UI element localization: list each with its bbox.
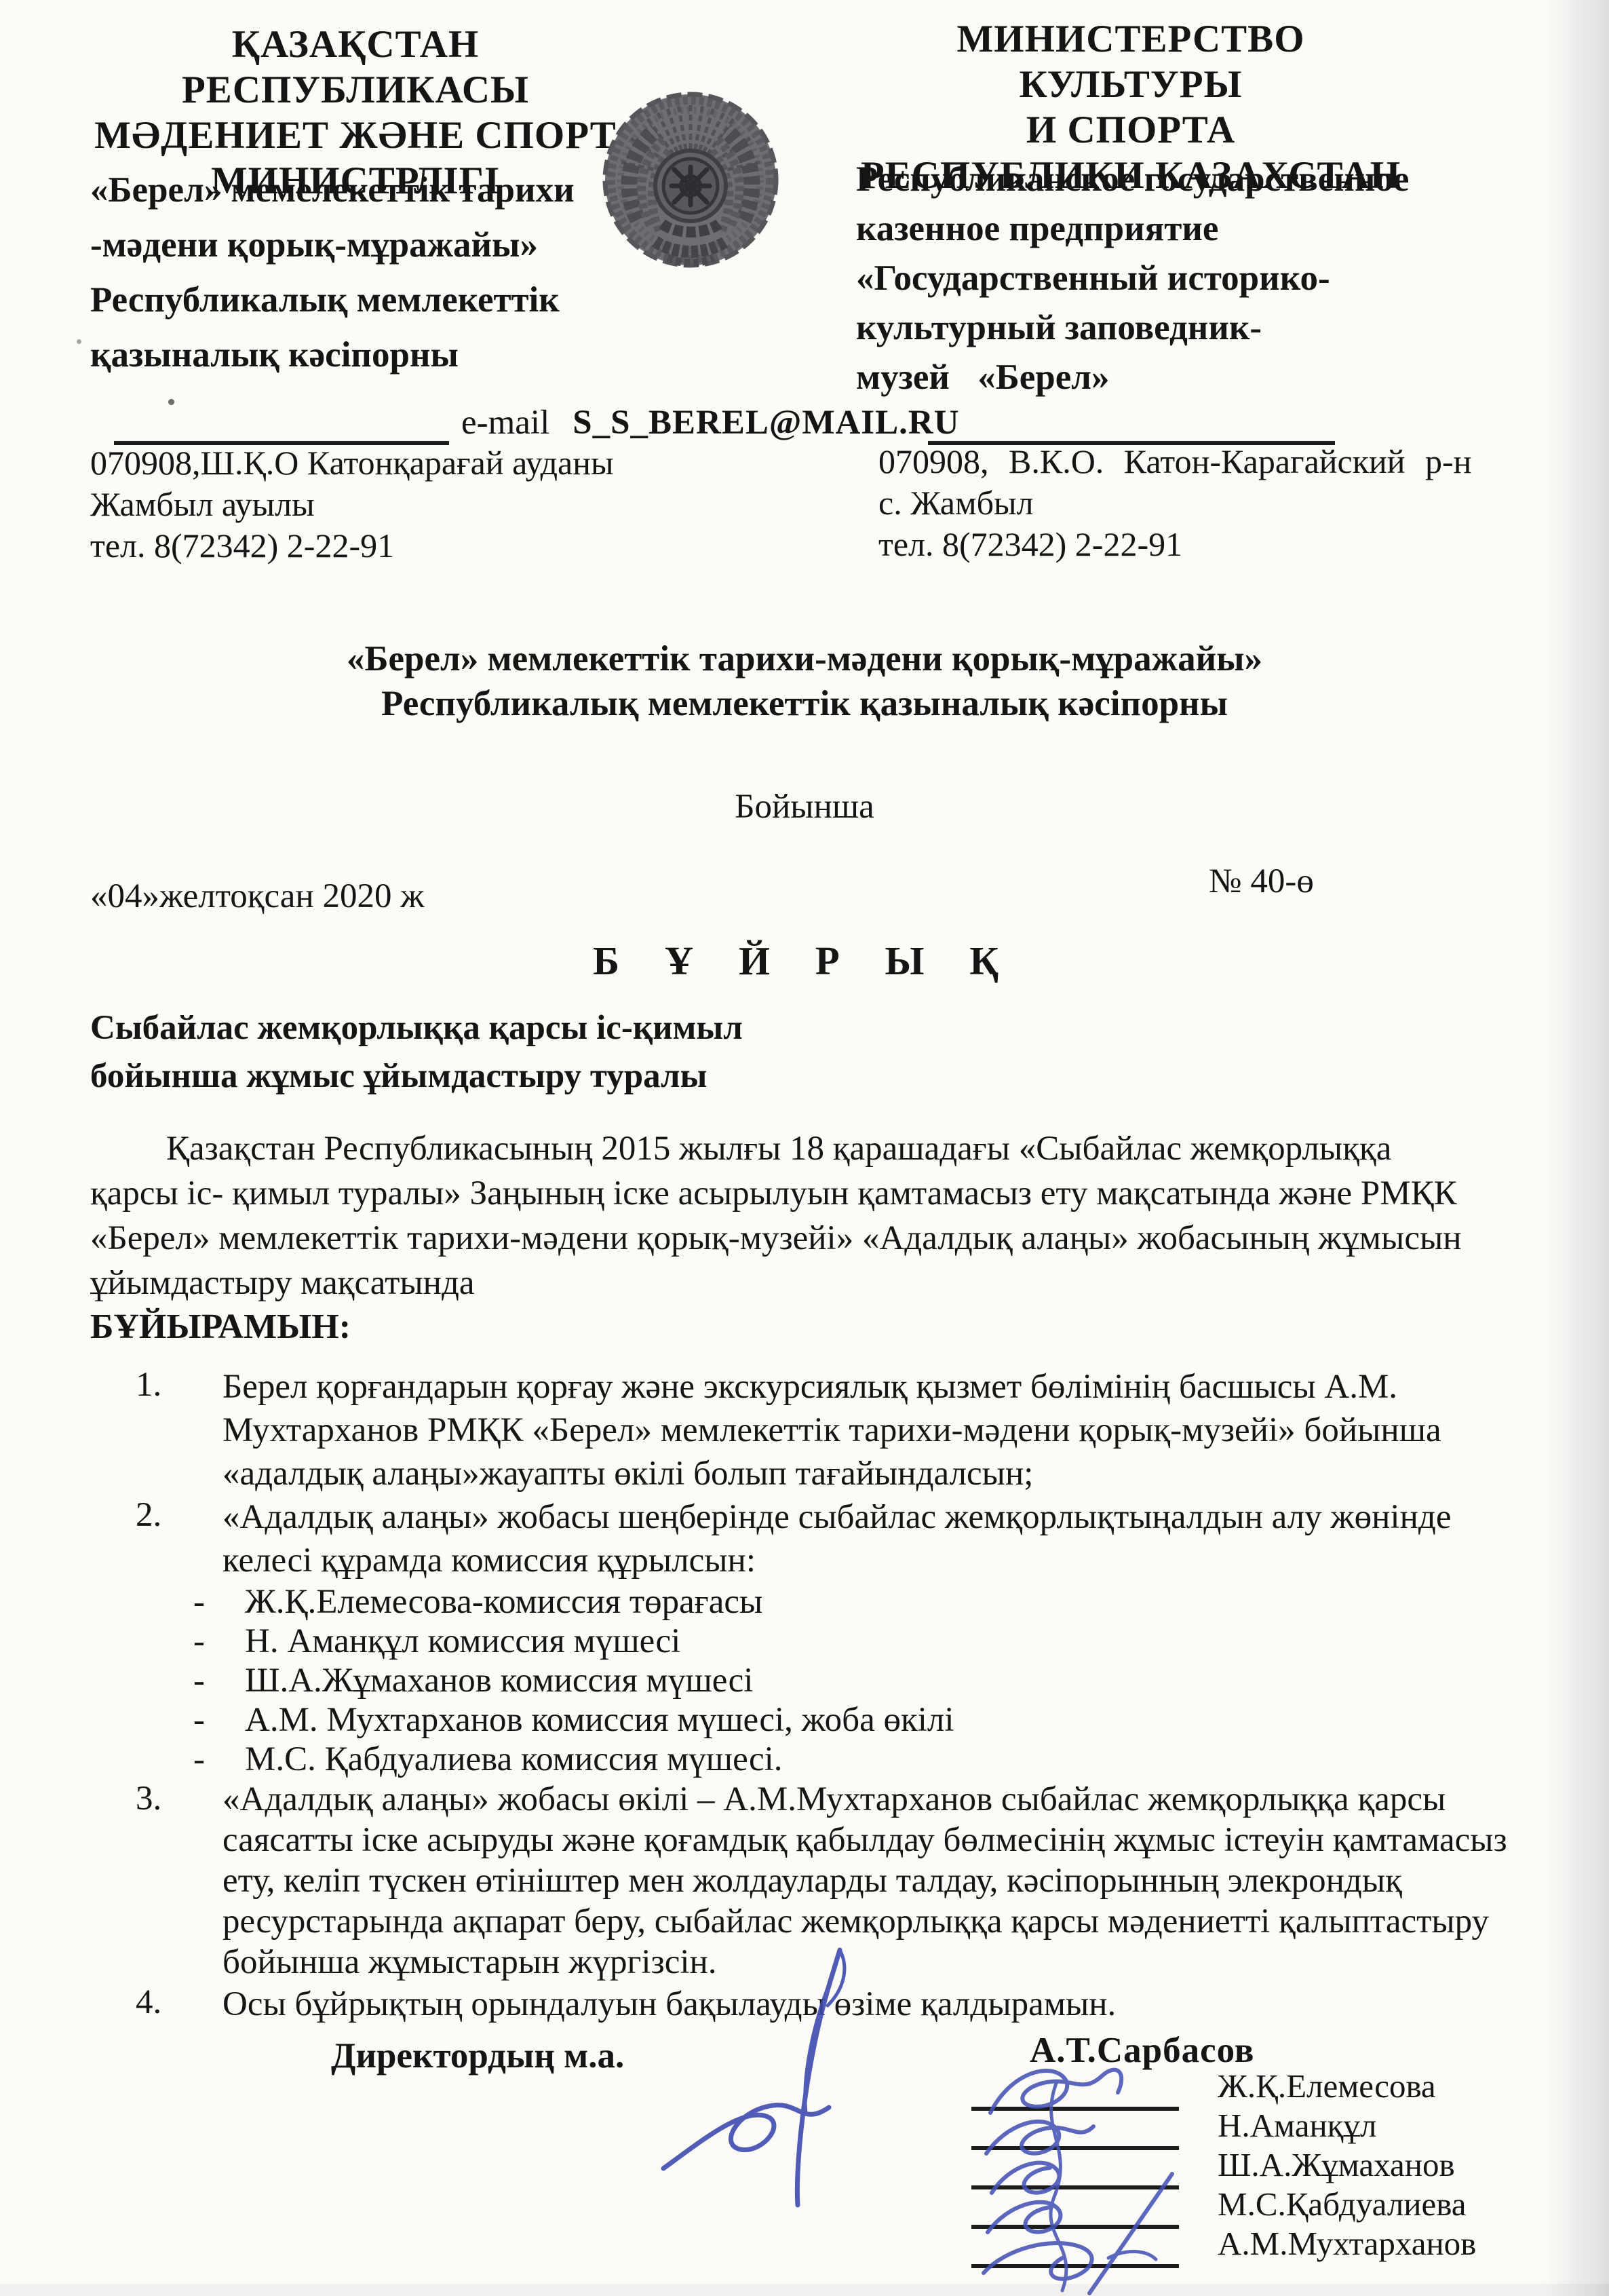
doc-word: Бойынша — [0, 787, 1609, 826]
org-name-line: қазыналық кәсіпорны — [90, 328, 633, 383]
resolve-word: БҰЙЫРАМЫН: — [90, 1307, 351, 1347]
document-org-title-line: «Берел» мемлекеттік тарихи-мәдени қорық-… — [0, 636, 1609, 681]
item-line: келесі құрамда комиссия құрылсын: — [222, 1539, 1540, 1582]
document-date: «04»желтоқсан 2020 ж — [90, 877, 424, 916]
subitem-dash: - — [193, 1622, 245, 1661]
item-line: Мухтарханов РМҚК «Берел» мемлекеттік тар… — [222, 1409, 1540, 1452]
address-line: тел. 8(72342) 2-22-91 — [878, 524, 1471, 565]
item-line: ресурстарында ақпарат беру, сыбайлас жем… — [222, 1901, 1540, 1942]
scan-edge-shading — [1545, 0, 1609, 2296]
scan-speck — [77, 339, 81, 344]
scan-bottom-shading — [0, 2284, 1609, 2296]
item-content: Берел қорғандарын қорғау және экскурсиял… — [222, 1365, 1540, 1495]
address-line: с. Жамбыл — [878, 482, 1471, 524]
item-line: саясатты іске асыруды және қоғамдық қабы… — [222, 1820, 1540, 1860]
order-subject-line: бойынша жұмыс ұйымдастыру туралы — [90, 1052, 743, 1101]
address-line: Жамбыл ауылы — [90, 484, 614, 525]
signatory-name: А.М.Мухтарханов — [1218, 2224, 1597, 2263]
signatory-name: М.С.Қабдуалиева — [1218, 2185, 1597, 2224]
org-name-line: Республиканское государственное — [856, 155, 1480, 204]
signature-graphic — [623, 1939, 921, 2211]
commission-member: Н. Аманқұл комиссия мүшесі — [245, 1622, 680, 1661]
item-number: 4. — [136, 1983, 222, 2026]
org-name-line: -мәдени қорық-мұражайы» — [90, 218, 633, 273]
subitem-dash: - — [193, 1582, 245, 1622]
director-signature-ink — [623, 1939, 921, 2214]
signature-graphic — [948, 2054, 1233, 2296]
commission-member-row: - Ж.Қ.Елемесова-комиссия төрағасы — [136, 1582, 1540, 1622]
order-preamble: Қазақстан Республикасының 2015 жылғы 18 … — [90, 1126, 1532, 1305]
address-block-kazakh: 070908,Ш.Қ.О Катонқарағай ауданы Жамбыл … — [90, 442, 614, 567]
address-line: 070908,Ш.Қ.О Катонқарағай ауданы — [90, 442, 614, 484]
org-name-line: Республикалық мемлекеттік — [90, 273, 633, 328]
address-block-russian: 070908, В.К.О. Катон-Карагайский р-н с. … — [878, 441, 1471, 565]
document-org-title-line: Республикалық мемлекеттік қазыналық кәсі… — [0, 681, 1609, 726]
address-line: тел. 8(72342) 2-22-91 — [90, 525, 614, 567]
subitem-dash: - — [193, 1740, 245, 1779]
item-line: ету, келіп түскен өтініштер мен жолдаула… — [222, 1860, 1540, 1901]
email-label: e-mail — [461, 404, 549, 442]
item-line: «Адалдық алаңы» жобасы өкілі – А.М.Мухта… — [222, 1779, 1540, 1820]
scan-speck — [168, 399, 174, 405]
ministry-header-line: И СПОРТА — [849, 107, 1412, 153]
organization-name-kazakh: «Берел» мемелекеттік тарихи -мәдени қоры… — [90, 163, 633, 383]
order-heading: Б Ұ Й Р Ы Қ — [0, 938, 1609, 984]
org-name-line: культурный заповедник- — [856, 303, 1480, 353]
org-name-line: казенное предприятие — [856, 204, 1480, 254]
ministry-header-line: МӘДЕНИЕТ ЖӘНЕ СПОРТ — [87, 113, 624, 158]
document-org-title: «Берел» мемлекеттік тарихи-мәдени қорық-… — [0, 636, 1609, 726]
address-line: 070908, В.К.О. Катон-Карагайский р-н — [878, 441, 1471, 482]
item-line: «адалдық алаңы»жауапты өкілі болып тағай… — [222, 1452, 1540, 1495]
preamble-line: Қазақстан Республикасының 2015 жылғы 18 … — [90, 1126, 1532, 1171]
ministry-header-line: ҚАЗАҚСТАН РЕСПУБЛИКАСЫ — [87, 22, 624, 113]
signatory-name: Н.Аманқұл — [1218, 2106, 1597, 2145]
signatory-name: Ш.А.Жұмаханов — [1218, 2145, 1597, 2185]
commission-member: Ж.Қ.Елемесова-комиссия төрағасы — [245, 1582, 762, 1622]
commission-member-row: - Ш.А.Жұмаханов комиссия мүшесі — [136, 1661, 1540, 1700]
org-name-line: музей «Берел» — [856, 353, 1480, 402]
subitem-dash: - — [193, 1661, 245, 1700]
preamble-line: «Берел» мемлекеттік тарихи-мәдени қорық-… — [90, 1216, 1532, 1261]
org-name-line: «Государственный историко- — [856, 254, 1480, 303]
order-items: 1. Берел қорғандарын қорғау және экскурс… — [136, 1365, 1540, 2026]
document-number: № 40-ө — [1209, 862, 1314, 901]
item-content: «Адалдық алаңы» жобасы шеңберінде сыбайл… — [222, 1495, 1540, 1582]
organization-name-russian: Республиканское государственное казенное… — [856, 155, 1480, 402]
org-name-line: «Берел» мемелекеттік тарихи — [90, 163, 633, 218]
signatory-names: Ж.Қ.Елемесова Н.Аманқұл Ш.А.Жұмаханов М.… — [1218, 2067, 1597, 2263]
commission-member: Ш.А.Жұмаханов комиссия мүшесі — [245, 1661, 753, 1700]
order-item-1: 1. Берел қорғандарын қорғау және экскурс… — [136, 1365, 1540, 1495]
preamble-line: ұйымдастыру мақсатында — [90, 1261, 1532, 1305]
signatories-signature-ink — [948, 2054, 1233, 2296]
email-row: e-mailS_S_BEREL@MAIL.RU — [461, 403, 960, 442]
commission-member: А.М. Мухтарханов комиссия мүшесі, жоба ө… — [245, 1700, 954, 1740]
item-line: «Адалдық алаңы» жобасы шеңберінде сыбайл… — [222, 1495, 1540, 1539]
email-address: S_S_BEREL@MAIL.RU — [573, 404, 959, 442]
signatory-name: Ж.Қ.Елемесова — [1218, 2067, 1597, 2106]
order-item-2: 2. «Адалдық алаңы» жобасы шеңберінде сыб… — [136, 1495, 1540, 1582]
scanned-order-document: ҚАЗАҚСТАН РЕСПУБЛИКАСЫ МӘДЕНИЕТ ЖӘНЕ СПО… — [0, 0, 1609, 2296]
item-number: 3. — [136, 1779, 222, 1983]
item-number: 1. — [136, 1365, 222, 1495]
subitem-dash: - — [193, 1700, 245, 1740]
commission-member-row: - М.С. Қабдуалиева комиссия мүшесі. — [136, 1740, 1540, 1779]
ministry-header-line: МИНИСТЕРСТВО КУЛЬТУРЫ — [849, 16, 1412, 107]
commission-member: М.С. Қабдуалиева комиссия мүшесі. — [245, 1740, 783, 1779]
item-number: 2. — [136, 1495, 222, 1582]
order-subject: Сыбайлас жемқорлыққа қарсы іс-қимыл бойы… — [90, 1004, 743, 1101]
preamble-line: қарсы іс- қимыл туралы» Заңының іске асы… — [90, 1171, 1532, 1216]
order-subject-line: Сыбайлас жемқорлыққа қарсы іс-қимыл — [90, 1004, 743, 1052]
commission-member-row: - А.М. Мухтарханов комиссия мүшесі, жоба… — [136, 1700, 1540, 1740]
commission-member-row: - Н. Аманқұл комиссия мүшесі — [136, 1622, 1540, 1661]
signer-position-title: Директордың м.а. — [331, 2035, 624, 2076]
item-line: Берел қорғандарын қорғау және экскурсиял… — [222, 1365, 1540, 1409]
